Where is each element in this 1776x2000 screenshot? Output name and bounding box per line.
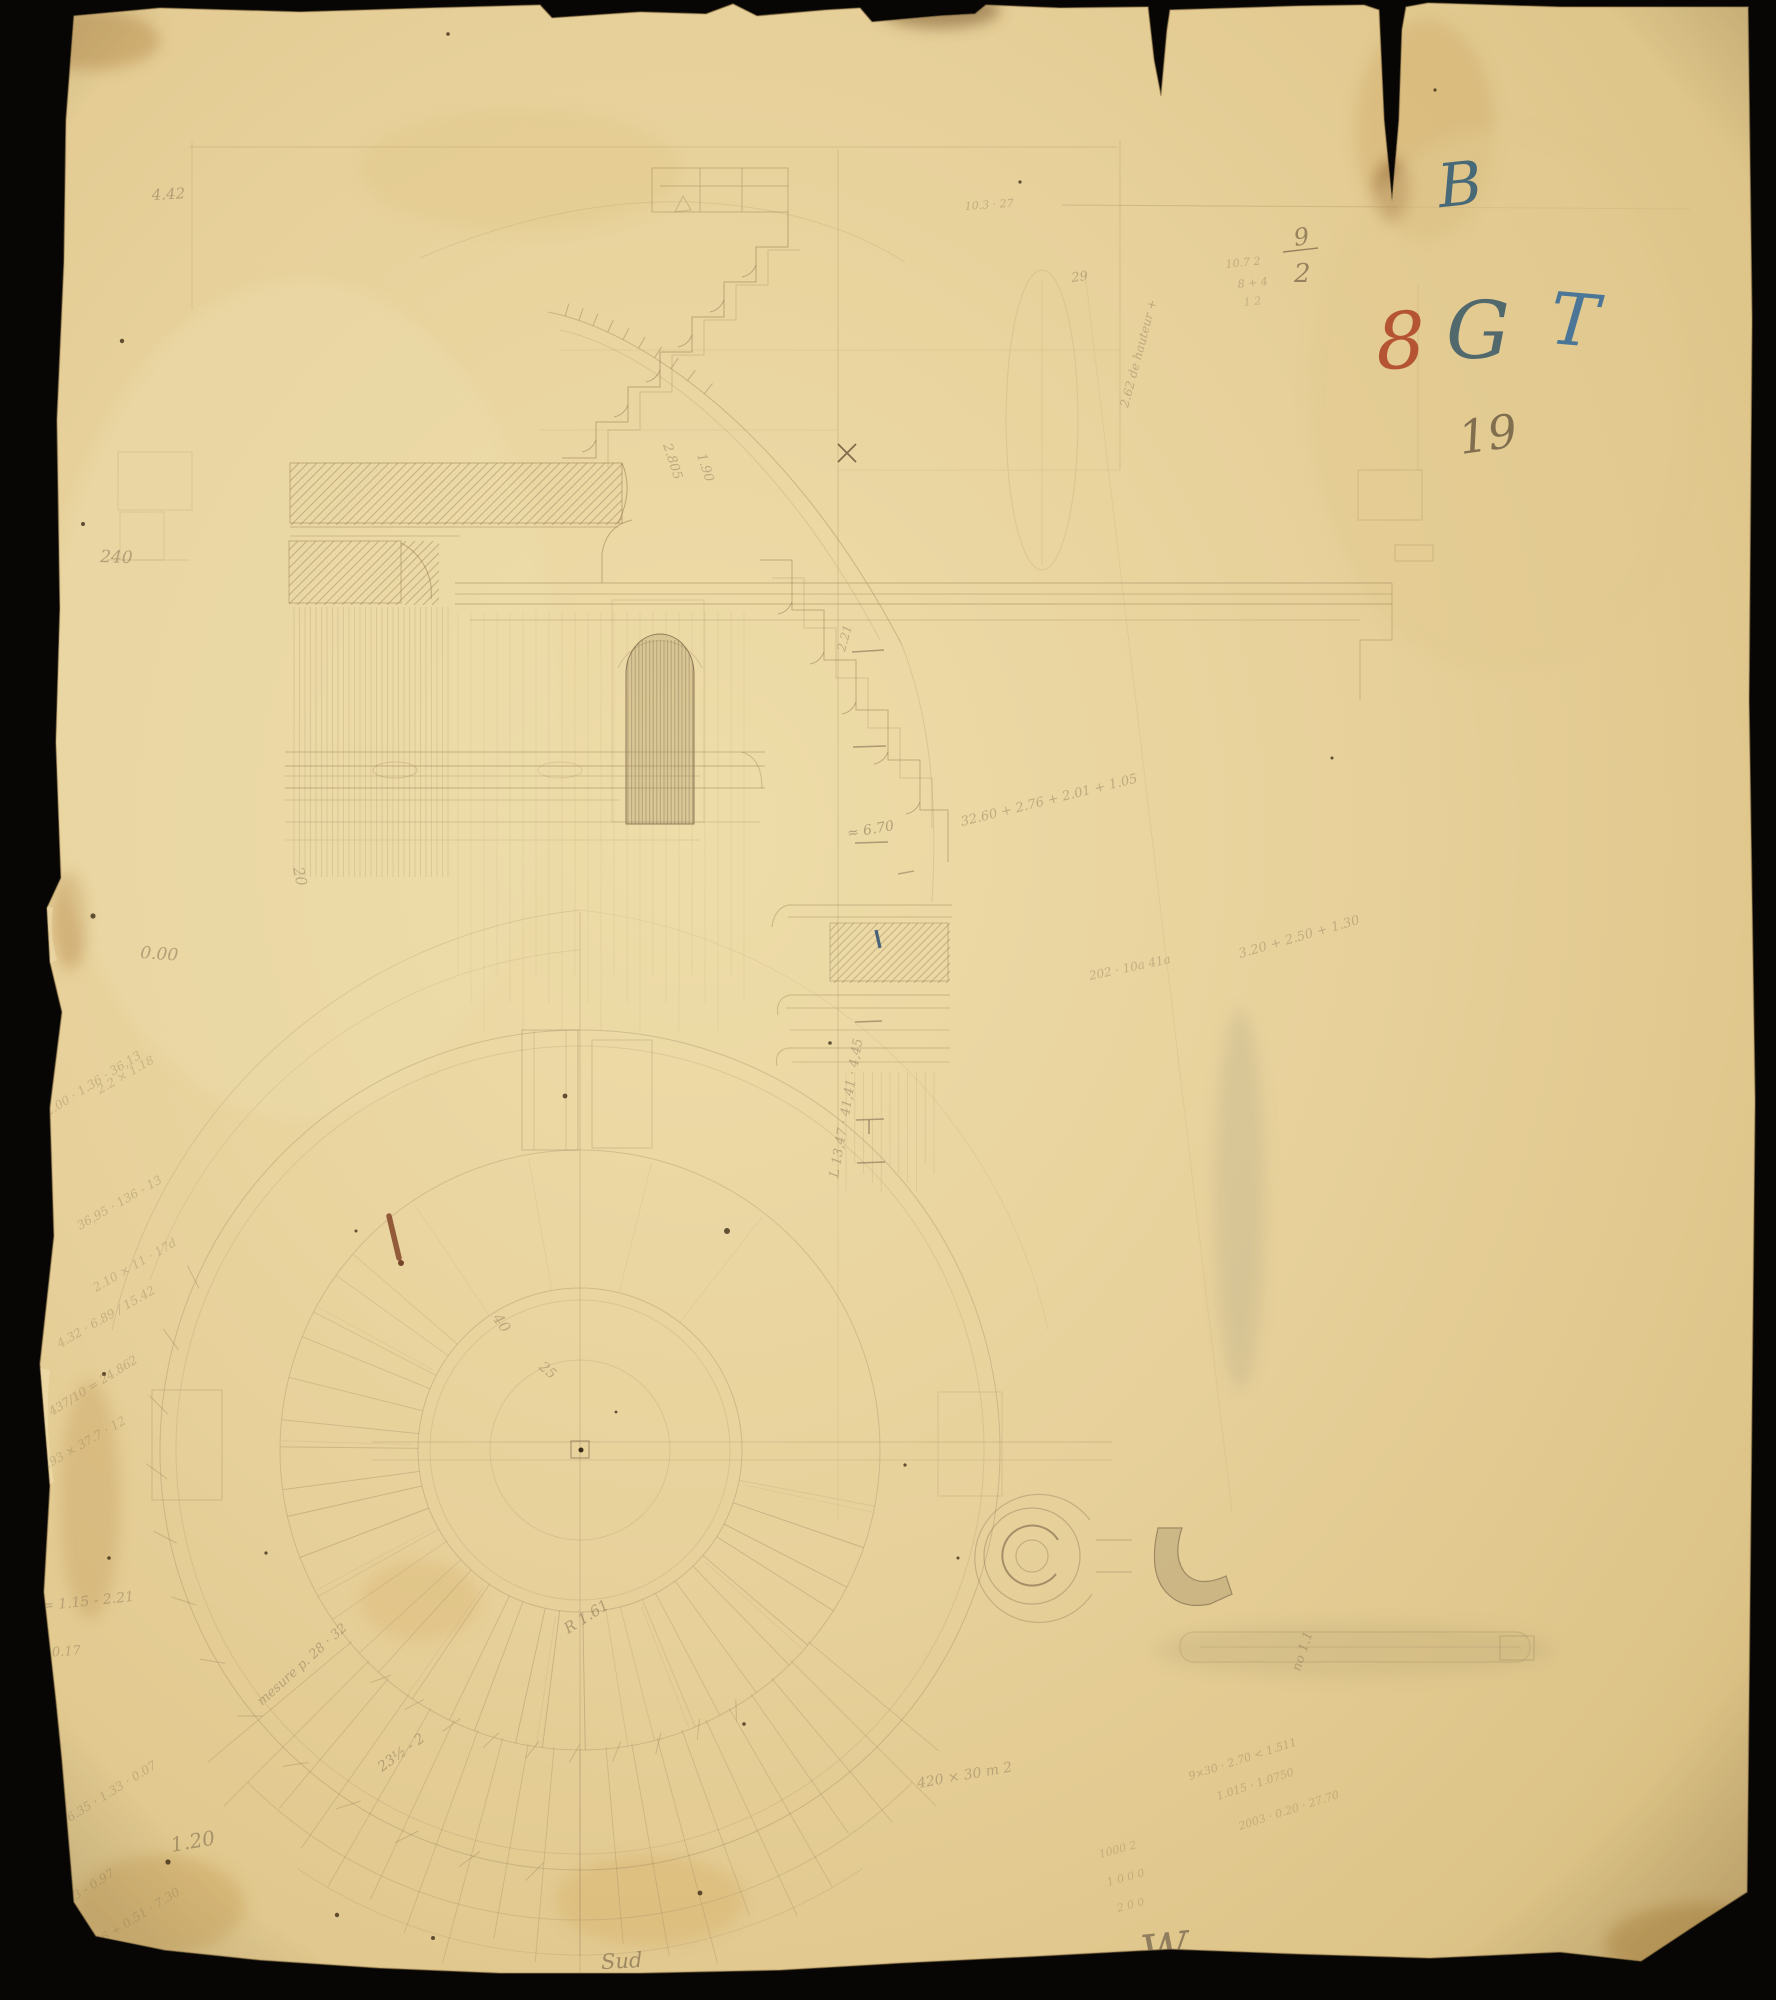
mark-19: 19 (1455, 403, 1520, 465)
mark-8: 8 (1373, 296, 1427, 388)
note-12: 1 2 (1243, 294, 1262, 309)
scan-stage: B 8 G T 19 9 2 Sud W 4.42 240 0.00 20 2.… (0, 0, 1776, 2000)
mark-G: G (1446, 284, 1510, 377)
mark-B: B (1433, 148, 1485, 222)
svg-text:2: 2 (1293, 259, 1311, 289)
note-29: 29 (1069, 269, 1088, 286)
note-442: 4.42 (150, 184, 185, 204)
label-sud: Sud (600, 1948, 643, 1974)
drawing-scan: B 8 G T 19 9 2 Sud W 4.42 240 0.00 20 2.… (0, 0, 1776, 2000)
compass-point (579, 1448, 584, 1453)
note-240: 240 (99, 547, 133, 568)
note-000: 0.00 (140, 943, 179, 966)
